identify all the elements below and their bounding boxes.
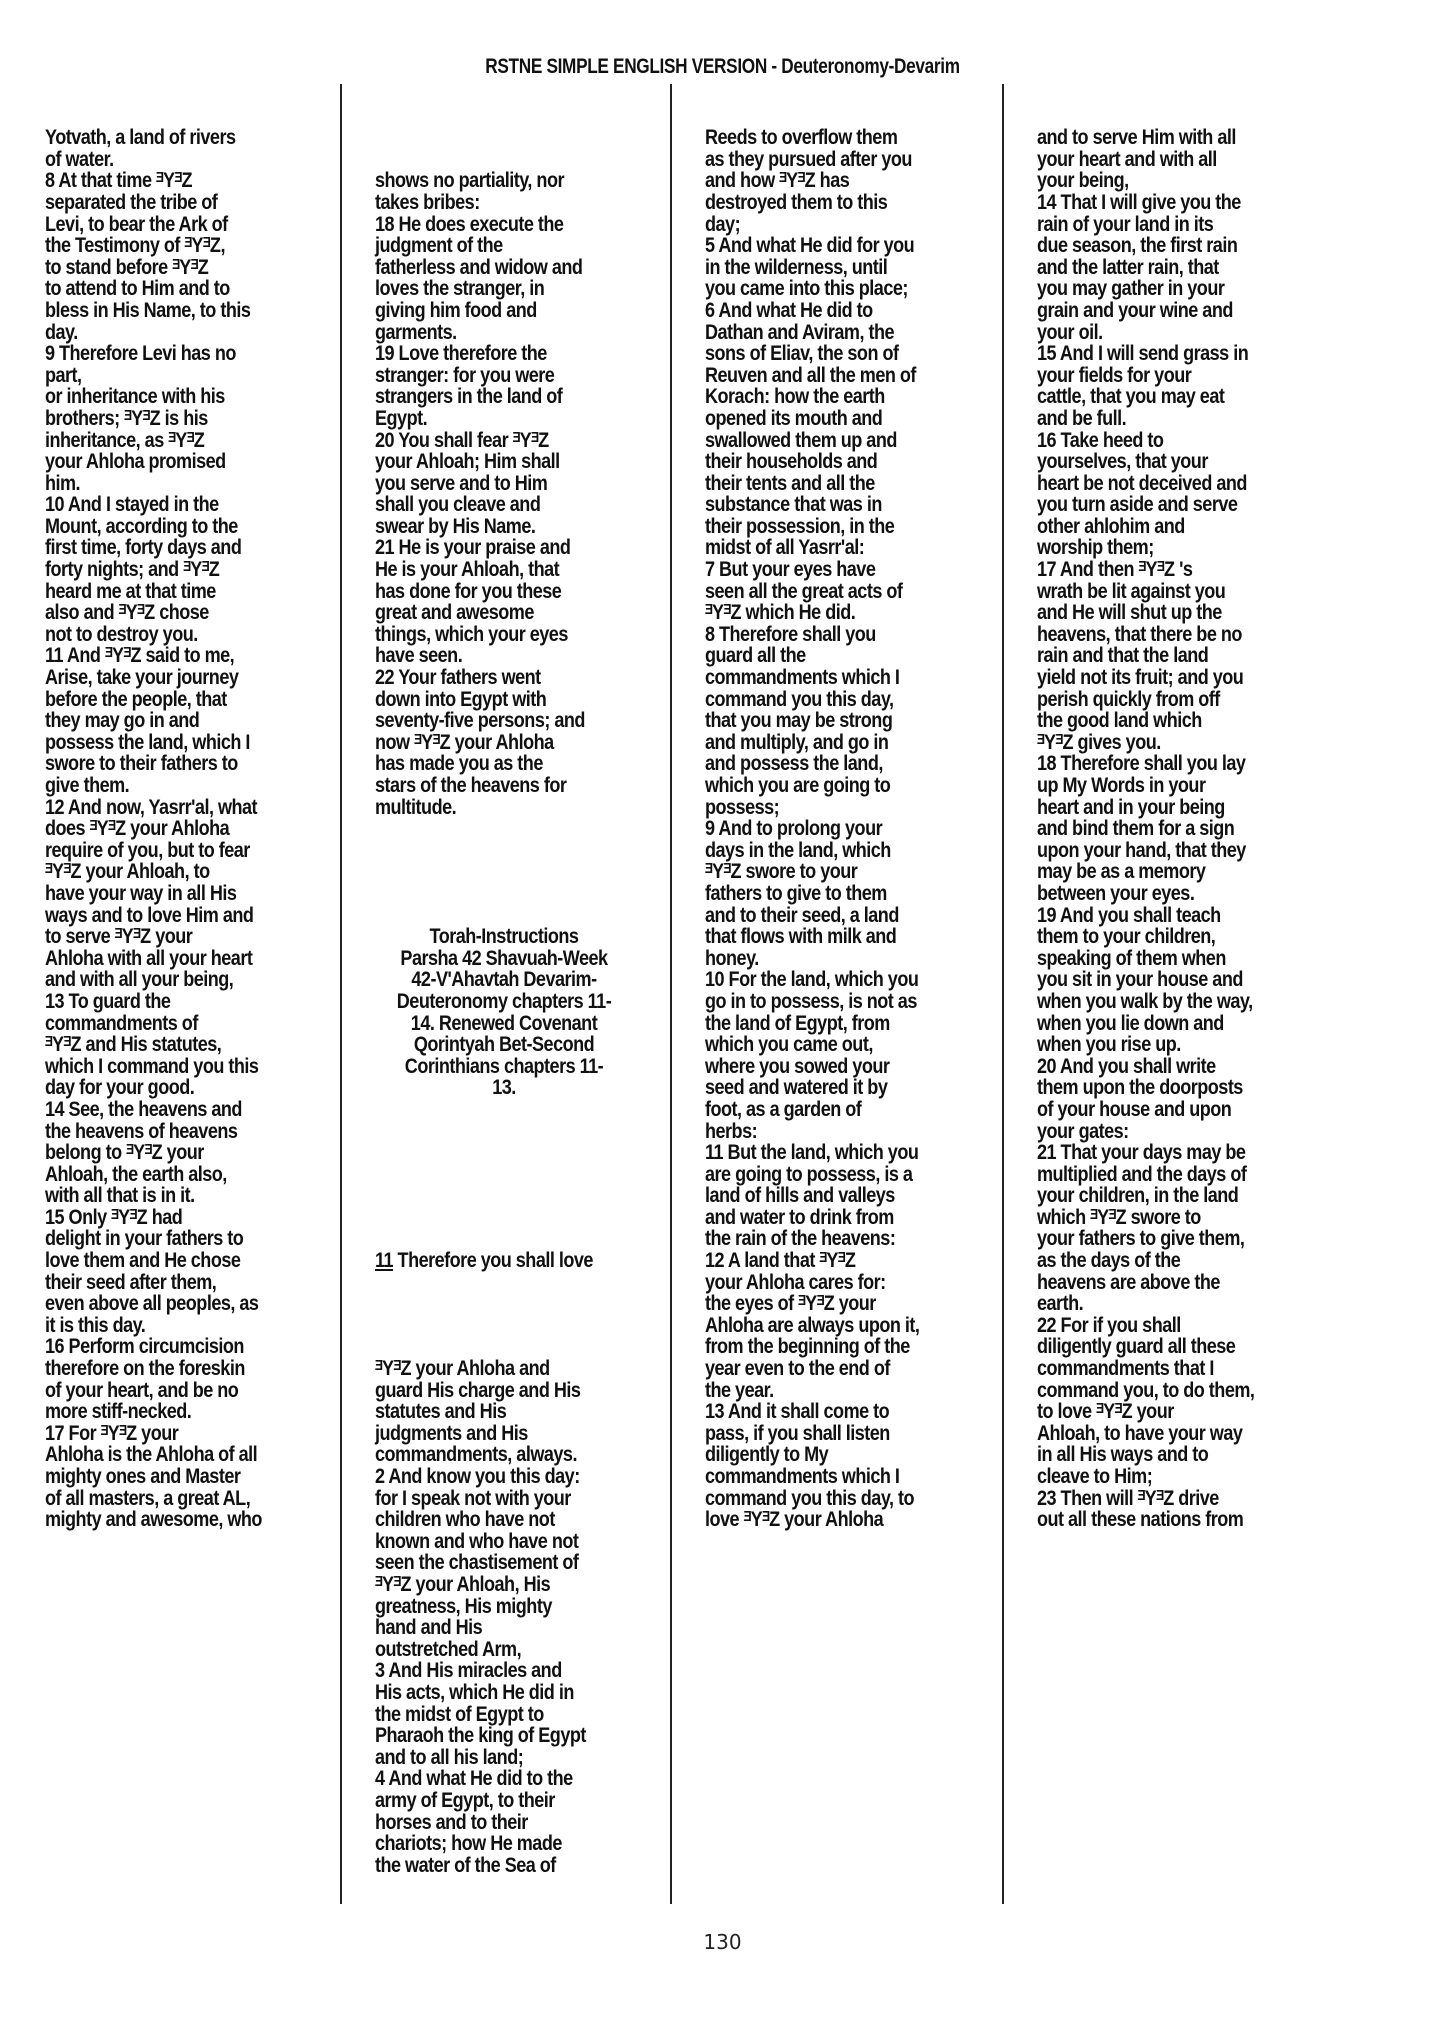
text-line: the Testimony of ᴲYᴲZ, — [45, 235, 346, 257]
text-line: brothers; ᴲYᴲZ is his — [45, 408, 346, 430]
text-line: and to serve Him with all — [1037, 127, 1338, 149]
text-line: ᴲYᴲZ which He did. — [705, 602, 1006, 624]
text-line: to stand before ᴲYᴲZ — [45, 257, 346, 279]
page-header: RSTNE SIMPLE ENGLISH VERSION - Deuterono… — [130, 55, 1315, 79]
text-line: fatherless and widow and — [375, 257, 676, 279]
text-line: things, which your eyes — [375, 624, 676, 646]
text-line: love them and He chose — [45, 1250, 346, 1272]
text-line: day; — [705, 214, 1006, 236]
text-line: down into Egypt with — [375, 689, 676, 711]
text-line: and how ᴲYᴲZ has — [705, 170, 1006, 192]
text-line: command you, to do them, — [1037, 1380, 1338, 1402]
text-line: swear by His Name. — [375, 516, 676, 538]
text-line: Reuven and all the men of — [705, 365, 1006, 387]
text-line: in the wilderness, until — [705, 257, 1006, 279]
text-line: worship them; — [1037, 537, 1338, 559]
text-line: 7 But your eyes have — [705, 559, 1006, 581]
text-line: 21 He is your praise and — [375, 537, 676, 559]
text-line: bless in His Name, to this — [45, 300, 346, 322]
text-column-2: shows no partiality, nortakes bribes:18 … — [375, 84, 675, 1941]
spacer — [375, 1142, 676, 1164]
text-line: them upon the doorposts — [1037, 1077, 1338, 1099]
text-line: for I speak not with your — [375, 1488, 676, 1510]
text-line: 15 And I will send grass in — [1037, 343, 1338, 365]
text-line: of all masters, a great AL, — [45, 1488, 346, 1510]
text-line: ᴲYᴲZ gives you. — [1037, 732, 1338, 754]
text-line: belong to ᴲYᴲZ your — [45, 1142, 346, 1164]
text-line: up My Words in your — [1037, 775, 1338, 797]
text-line: and multiply, and go in — [705, 732, 1006, 754]
column-text: and to serve Him with allyour heart and … — [1037, 127, 1338, 1531]
text-line: Arise, take your journey — [45, 667, 346, 689]
text-line: Pharaoh the king of Egypt — [375, 1725, 676, 1747]
text-line: now ᴲYᴲZ your Ahloha — [375, 732, 676, 754]
text-line: 3 And His miracles and — [375, 1660, 676, 1682]
column-text: Reeds to overflow themas they pursued af… — [705, 127, 1006, 1531]
text-line: Korach: how the earth — [705, 386, 1006, 408]
text-line: other ahlohim and — [1037, 516, 1338, 538]
text-line: seen all the great acts of — [705, 581, 1006, 603]
text-line: first time, forty days and — [45, 537, 346, 559]
text-line: ᴲYᴲZ and His statutes, — [45, 1034, 346, 1056]
chapter-number: 11 — [375, 1249, 393, 1272]
text-line: Ahloha is the Ahloha of all — [45, 1444, 346, 1466]
text-line: 14. Renewed Covenant — [375, 1013, 633, 1035]
text-line: Egypt. — [375, 408, 676, 430]
text-line: rain and that the land — [1037, 645, 1338, 667]
text-line: the land of Egypt, from — [705, 1013, 1006, 1035]
text-line: commandments which I — [705, 1466, 1006, 1488]
text-line: He is your Ahloah, that — [375, 559, 676, 581]
text-line: and with all your being, — [45, 969, 346, 991]
text-line: multitude. — [375, 797, 676, 819]
text-line: 14 See, the heavens and — [45, 1099, 346, 1121]
text-line: heart and in your being — [1037, 797, 1338, 819]
text-line: the heavens of heavens — [45, 1121, 346, 1143]
text-line: greatness, His mighty — [375, 1596, 676, 1618]
text-line: their possession, in the — [705, 516, 1006, 538]
text-line: and possess the land, — [705, 753, 1006, 775]
text-line: you sit in your house and — [1037, 969, 1338, 991]
text-line: herbs: — [705, 1121, 1006, 1143]
text-line: land of hills and valleys — [705, 1185, 1006, 1207]
text-line: that flows with milk and — [705, 926, 1006, 948]
text-column-1: Yotvath, a land of riversof water.8 At t… — [45, 84, 345, 1552]
text-line: seventy-five persons; and — [375, 710, 676, 732]
text-line: ᴲYᴲZ your Ahloha and — [375, 1358, 676, 1380]
text-line: cleave to Him; — [1037, 1466, 1338, 1488]
text-line: to serve ᴲYᴲZ your — [45, 926, 346, 948]
text-line: their households and — [705, 451, 1006, 473]
text-line: the water of the Sea of — [375, 1855, 676, 1877]
text-line: 17 For ᴲYᴲZ your — [45, 1423, 346, 1445]
text-line: the eyes of ᴲYᴲZ your — [705, 1293, 1006, 1315]
text-line: 15 Only ᴲYᴲZ had — [45, 1207, 346, 1229]
text-line: guard His charge and His — [375, 1380, 676, 1402]
text-line: from the beginning of the — [705, 1336, 1006, 1358]
text-line: Levi, to bear the Ark of — [45, 214, 346, 236]
text-line: foot, as a garden of — [705, 1099, 1006, 1121]
text-line: 22 Your fathers went — [375, 667, 676, 689]
text-line: to attend to Him and to — [45, 278, 346, 300]
chapter-first-line: 11 Therefore you shall love — [375, 1250, 676, 1272]
text-line: 19 And you shall teach — [1037, 905, 1338, 927]
text-line: your oil. — [1037, 322, 1338, 344]
text-line: out all these nations from — [1037, 1509, 1338, 1531]
column-text: Yotvath, a land of riversof water.8 At t… — [45, 127, 346, 1531]
text-line: mighty ones and Master — [45, 1466, 346, 1488]
text-line: strangers in the land of — [375, 386, 676, 408]
text-line: Parsha 42 Shavuah-Week — [375, 948, 633, 970]
text-line: of your house and upon — [1037, 1099, 1338, 1121]
text-line: your Ahloha cares for: — [705, 1272, 1006, 1294]
text-line: as they pursued after you — [705, 149, 1006, 171]
chapter-first-line-text: Therefore you shall love — [393, 1249, 593, 1272]
text-line: Corinthians chapters 11- — [375, 1056, 633, 1078]
column-text: ᴲYᴲZ your Ahloha andguard His charge and… — [375, 1358, 676, 1876]
text-line: ways and to love Him and — [45, 905, 346, 927]
text-line: diligently to My — [705, 1444, 1006, 1466]
text-line: the midst of Egypt to — [375, 1704, 676, 1726]
text-line: when you rise up. — [1037, 1034, 1338, 1056]
text-line: Deuteronomy chapters 11- — [375, 991, 633, 1013]
text-line: ᴲYᴲZ your Ahloah, to — [45, 861, 346, 883]
text-line: 11 But the land, which you — [705, 1142, 1006, 1164]
text-line: 21 That your days may be — [1037, 1142, 1338, 1164]
text-line: Ahloah, to have your way — [1037, 1423, 1338, 1445]
text-line: 10 For the land, which you — [705, 969, 1006, 991]
text-line: guard all the — [705, 645, 1006, 667]
text-line: when you walk by the way, — [1037, 991, 1338, 1013]
text-line: giving him food and — [375, 300, 676, 322]
text-line: Ahloah, the earth also, — [45, 1164, 346, 1186]
text-line: you serve and to Him — [375, 473, 676, 495]
text-line: 16 Take heed to — [1037, 430, 1338, 452]
text-line: day for your good. — [45, 1077, 346, 1099]
text-line: your being, — [1037, 170, 1338, 192]
text-line: go in to possess, is not as — [705, 991, 1006, 1013]
text-line: grain and your wine and — [1037, 300, 1338, 322]
text-line: of water. — [45, 149, 346, 171]
text-line: 22 For if you shall — [1037, 1315, 1338, 1337]
text-line: statutes and His — [375, 1401, 676, 1423]
text-line: ᴲYᴲZ your Ahloah, His — [375, 1574, 676, 1596]
text-line: 8 Therefore shall you — [705, 624, 1006, 646]
text-line: your fathers to give them, — [1037, 1228, 1338, 1250]
text-line: between your eyes. — [1037, 883, 1338, 905]
text-line: Qorintyah Bet-Second — [375, 1034, 633, 1056]
text-line: forty nights; and ᴲYᴲZ — [45, 559, 346, 581]
text-line: 9 Therefore Levi has no — [45, 343, 346, 365]
text-line: commandments of — [45, 1013, 346, 1035]
text-line: commandments, always. — [375, 1444, 676, 1466]
text-line: heart be not deceived and — [1037, 473, 1338, 495]
text-line: 14 That I will give you the — [1037, 192, 1338, 214]
text-line: year even to the end of — [705, 1358, 1006, 1380]
chapter-start: 11 Therefore you shall love — [375, 1207, 676, 1315]
text-line: their tents and all the — [705, 473, 1006, 495]
text-line: 13. — [375, 1077, 633, 1099]
text-line: judgments and His — [375, 1423, 676, 1445]
text-line: heard me at that time — [45, 581, 346, 603]
text-line: may be as a memory — [1037, 861, 1338, 883]
text-line: stars of the heavens for — [375, 775, 676, 797]
section-heading: Torah-InstructionsParsha 42 Shavuah-Week… — [375, 926, 633, 1099]
text-line: you turn aside and serve — [1037, 494, 1338, 516]
text-line: 9 And to prolong your — [705, 818, 1006, 840]
text-line: even above all peoples, as — [45, 1293, 346, 1315]
text-line: seed and watered it by — [705, 1077, 1006, 1099]
text-line: speaking of them when — [1037, 948, 1338, 970]
text-line: heavens, that there be no — [1037, 624, 1338, 646]
text-line: your Ahloah; Him shall — [375, 451, 676, 473]
text-line: 16 Perform circumcision — [45, 1336, 346, 1358]
text-line: day. — [45, 322, 346, 344]
text-line: does ᴲYᴲZ your Ahloha — [45, 818, 346, 840]
text-line: earth. — [1037, 1293, 1338, 1315]
text-line: known and who have not — [375, 1531, 676, 1553]
text-line: and bind them for a sign — [1037, 818, 1338, 840]
text-line: and He will shut up the — [1037, 602, 1338, 624]
text-line: when you lie down and — [1037, 1013, 1338, 1035]
text-line: 10 And I stayed in the — [45, 494, 346, 516]
text-line: rain of your land in its — [1037, 214, 1338, 236]
text-line: or inheritance with his — [45, 386, 346, 408]
spacer — [375, 861, 676, 883]
text-line: commandments which I — [705, 667, 1006, 689]
text-line: chariots; how He made — [375, 1833, 676, 1855]
text-line: outstretched Arm, — [375, 1639, 676, 1661]
text-line: of your heart, and be no — [45, 1380, 346, 1402]
text-line: which you are going to — [705, 775, 1006, 797]
text-line: opened its mouth and — [705, 408, 1006, 430]
text-line: to love ᴲYᴲZ your — [1037, 1401, 1338, 1423]
text-line: have your way in all His — [45, 883, 346, 905]
text-line: before the people, that — [45, 689, 346, 711]
text-line: it is this day. — [45, 1315, 346, 1337]
text-line: horses and to their — [375, 1812, 676, 1834]
text-line: and be full. — [1037, 408, 1338, 430]
text-line: 18 He does execute the — [375, 214, 676, 236]
text-line: command you this day, — [705, 689, 1006, 711]
text-line: takes bribes: — [375, 192, 676, 214]
text-line: swallowed them up and — [705, 430, 1006, 452]
text-line: sons of Eliav, the son of — [705, 343, 1006, 365]
text-line: has made you as the — [375, 753, 676, 775]
text-line: your children, in the land — [1037, 1185, 1338, 1207]
text-line: yield not its fruit; and you — [1037, 667, 1338, 689]
text-line: separated the tribe of — [45, 192, 346, 214]
text-line: also and ᴲYᴲZ chose — [45, 602, 346, 624]
text-line: with all that is in it. — [45, 1185, 346, 1207]
text-line: that you may be strong — [705, 710, 1006, 732]
text-line: and to their seed, a land — [705, 905, 1006, 927]
text-line: and water to drink from — [705, 1207, 1006, 1229]
text-line: 12 A land that ᴲYᴲZ — [705, 1250, 1006, 1272]
text-line: midst of all Yasrr'al: — [705, 537, 1006, 559]
text-line: Ahloha with all your heart — [45, 948, 346, 970]
text-line: your heart and with all — [1037, 149, 1338, 171]
text-line: yourselves, that your — [1037, 451, 1338, 473]
text-column-4: and to serve Him with allyour heart and … — [1037, 84, 1337, 1552]
text-line: diligently guard all these — [1037, 1336, 1338, 1358]
text-line: great and awesome — [375, 602, 676, 624]
text-line: him. — [45, 473, 346, 495]
text-line: your fields for your — [1037, 365, 1338, 387]
text-line: not to destroy you. — [45, 624, 346, 646]
text-line: garments. — [375, 322, 676, 344]
text-line: children who have not — [375, 1509, 676, 1531]
text-line: His acts, which He did in — [375, 1682, 676, 1704]
text-line: due season, the first rain — [1037, 235, 1338, 257]
text-line: possess; — [705, 797, 1006, 819]
text-line: Mount, according to the — [45, 516, 346, 538]
text-line: substance that was in — [705, 494, 1006, 516]
text-line: 5 And what He did for you — [705, 235, 1006, 257]
text-line: has done for you these — [375, 581, 676, 603]
text-line: Ahloha are always upon it, — [705, 1315, 1006, 1337]
text-line: 19 Love therefore the — [375, 343, 676, 365]
text-line: and to all his land; — [375, 1747, 676, 1769]
text-line: 4 And what He did to the — [375, 1768, 676, 1790]
text-line: multiplied and the days of — [1037, 1164, 1338, 1186]
text-line: mighty and awesome, who — [45, 1509, 346, 1531]
text-line: wrath be lit against you — [1037, 581, 1338, 603]
text-line: 12 And now, Yasrr'al, what — [45, 797, 346, 819]
text-line: 18 Therefore shall you lay — [1037, 753, 1338, 775]
text-line: ᴲYᴲZ swore to your — [705, 861, 1006, 883]
text-line: 20 And you shall write — [1037, 1056, 1338, 1078]
text-line: the year. — [705, 1380, 1006, 1402]
text-line: 42-V'Ahavtah Devarim- — [375, 969, 633, 991]
text-line: their seed after them, — [45, 1272, 346, 1294]
text-line: are going to possess, is a — [705, 1164, 1006, 1186]
text-line: 20 You shall fear ᴲYᴲZ — [375, 430, 676, 452]
text-line: the rain of the heavens: — [705, 1228, 1006, 1250]
text-line: commandments that I — [1037, 1358, 1338, 1380]
text-line: your Ahloha promised — [45, 451, 346, 473]
text-line: give them. — [45, 775, 346, 797]
text-line: 13 To guard the — [45, 991, 346, 1013]
text-line: Reeds to overflow them — [705, 127, 1006, 149]
text-line: command you this day, to — [705, 1488, 1006, 1510]
text-line: loves the stranger, in — [375, 278, 676, 300]
text-line: upon your hand, that they — [1037, 840, 1338, 862]
text-line: you may gather in your — [1037, 278, 1338, 300]
text-line: seen the chastisement of — [375, 1552, 676, 1574]
text-line: 23 Then will ᴲYᴲZ drive — [1037, 1488, 1338, 1510]
text-line: part, — [45, 365, 346, 387]
text-line: in all His ways and to — [1037, 1444, 1338, 1466]
text-line: perish quickly from off — [1037, 689, 1338, 711]
text-line: 6 And what He did to — [705, 300, 1006, 322]
text-line: cattle, that you may eat — [1037, 386, 1338, 408]
text-line: 13 And it shall come to — [705, 1401, 1006, 1423]
text-line: your gates: — [1037, 1121, 1338, 1143]
text-line: therefore on the foreskin — [45, 1358, 346, 1380]
text-line: as the days of the — [1037, 1250, 1338, 1272]
text-line: heavens are above the — [1037, 1272, 1338, 1294]
text-line: inheritance, as ᴲYᴲZ — [45, 430, 346, 452]
text-line: destroyed them to this — [705, 192, 1006, 214]
text-line: 2 And know you this day: — [375, 1466, 676, 1488]
text-line: Dathan and Aviram, the — [705, 322, 1006, 344]
text-line: shall you cleave and — [375, 494, 676, 516]
text-line: hand and His — [375, 1617, 676, 1639]
text-line: which you came out, — [705, 1034, 1006, 1056]
page-number: 130 — [0, 1930, 1445, 1954]
text-line: Yotvath, a land of rivers — [45, 127, 346, 149]
text-line: shows no partiality, nor — [375, 170, 676, 192]
text-line: require of you, but to fear — [45, 840, 346, 862]
page-title: RSTNE SIMPLE ENGLISH VERSION - Deuterono… — [485, 55, 959, 78]
text-line: they may go in and — [45, 710, 346, 732]
text-line: fathers to give to them — [705, 883, 1006, 905]
text-line: which I command you this — [45, 1056, 346, 1078]
column-text: shows no partiality, nortakes bribes:18 … — [375, 170, 676, 818]
text-line: army of Egypt, to their — [375, 1790, 676, 1812]
text-line: delight in your fathers to — [45, 1228, 346, 1250]
text-line: and the latter rain, that — [1037, 257, 1338, 279]
text-line: days in the land, which — [705, 840, 1006, 862]
text-line: stranger: for you were — [375, 365, 676, 387]
text-line: 17 And then ᴲYᴲZ 's — [1037, 559, 1338, 581]
text-line: possess the land, which I — [45, 732, 346, 754]
text-line: have seen. — [375, 645, 676, 667]
text-line: you came into this place; — [705, 278, 1006, 300]
text-line: where you sowed your — [705, 1056, 1006, 1078]
text-line: swore to their fathers to — [45, 753, 346, 775]
text-line: them to your children, — [1037, 926, 1338, 948]
text-line: pass, if you shall listen — [705, 1423, 1006, 1445]
text-line: honey. — [705, 948, 1006, 970]
text-line: judgment of the — [375, 235, 676, 257]
text-line: 8 At that time ᴲYᴲZ — [45, 170, 346, 192]
text-line: love ᴲYᴲZ your Ahloha — [705, 1509, 1006, 1531]
text-column-3: Reeds to overflow themas they pursued af… — [705, 84, 1005, 1552]
text-line: the good land which — [1037, 710, 1338, 732]
text-line: Torah-Instructions — [375, 926, 633, 948]
text-line: which ᴲYᴲZ swore to — [1037, 1207, 1338, 1229]
text-line: 11 And ᴲYᴲZ said to me, — [45, 645, 346, 667]
text-line: more stiff-necked. — [45, 1401, 346, 1423]
